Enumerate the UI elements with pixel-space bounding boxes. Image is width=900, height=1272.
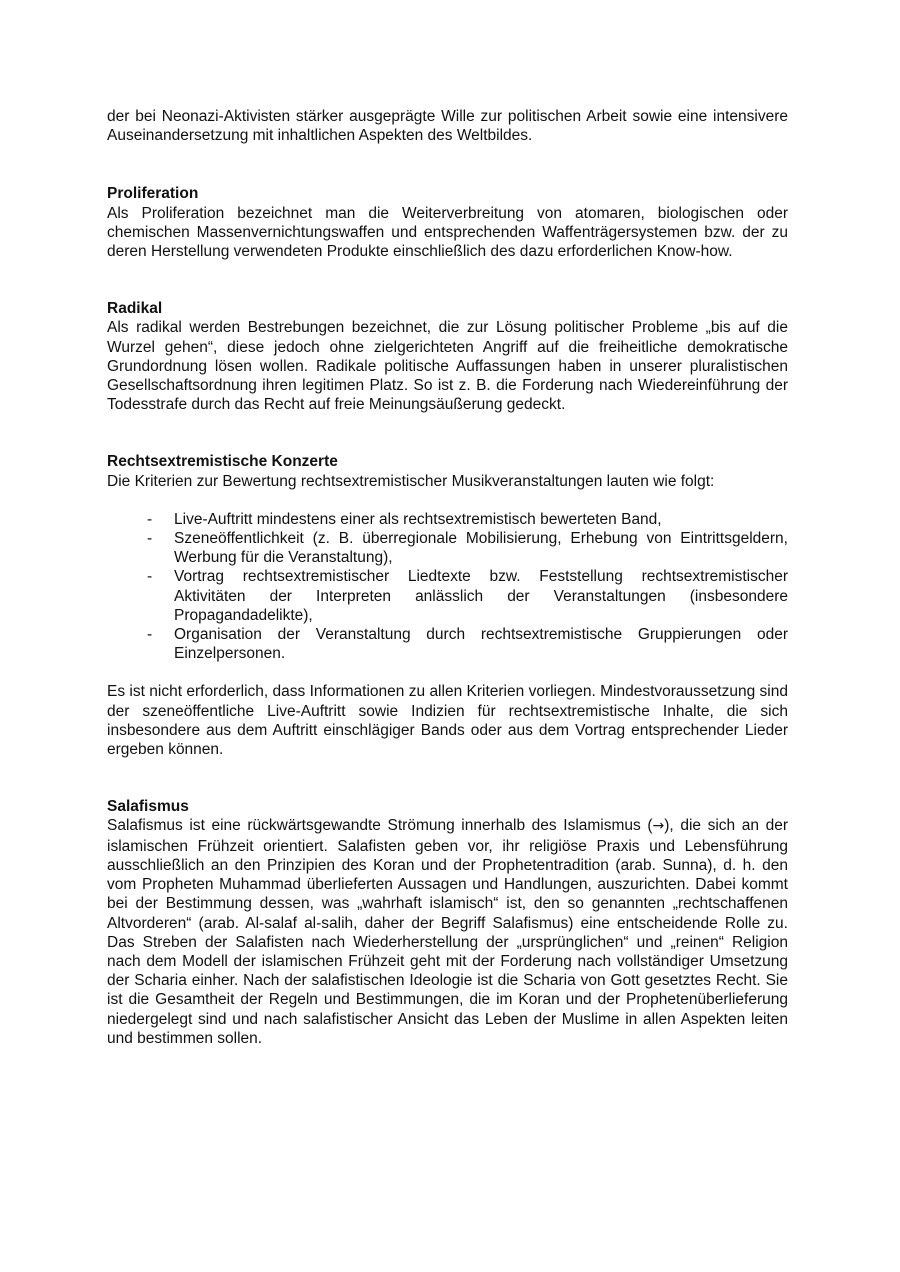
section-body-part: Salafismus ist eine rückwärtsgewandte St…: [107, 817, 653, 834]
section-heading: Salafismus: [107, 797, 788, 816]
list-item-text: Vortrag rechtsextremistischer Liedtexte …: [174, 568, 788, 623]
list-item-text: Live-Auftritt mindestens einer als recht…: [174, 511, 662, 528]
section-body: Die Kriterien zur Bewertung rechtsextrem…: [107, 472, 788, 491]
section-salafismus: Salafismus Salafismus ist eine rückwärts…: [107, 797, 788, 1048]
cross-reference-arrow-icon: →: [653, 818, 665, 834]
list-bullet: -: [147, 510, 152, 529]
section-rechtsextremistische-konzerte: Rechtsextremistische Konzerte Die Kriter…: [107, 452, 788, 759]
criteria-list: - Live-Auftritt mindestens einer als rec…: [107, 510, 788, 664]
section-heading: Rechtsextremistische Konzerte: [107, 452, 788, 471]
section-heading: Radikal: [107, 299, 788, 318]
intro-paragraph: der bei Neonazi-Aktivisten stärker ausge…: [107, 107, 788, 145]
document-page: der bei Neonazi-Aktivisten stärker ausge…: [107, 107, 788, 1048]
list-bullet: -: [147, 567, 152, 586]
section-body: Salafismus ist eine rückwärtsgewandte St…: [107, 816, 788, 1047]
list-bullet: -: [147, 529, 152, 548]
list-item-text: Szeneöffentlichkeit (z. B. überregionale…: [174, 530, 788, 566]
list-item: - Vortrag rechtsextremistischer Liedtext…: [107, 567, 788, 625]
section-heading: Proliferation: [107, 184, 788, 203]
section-body-part: ), die sich an der islamischen Frühzeit …: [107, 817, 788, 1046]
section-radikal: Radikal Als radikal werden Bestrebungen …: [107, 299, 788, 414]
section-body: Als radikal werden Bestrebungen bezeichn…: [107, 318, 788, 414]
list-item: - Organisation der Veranstaltung durch r…: [107, 625, 788, 663]
section-body: Als Proliferation bezeichnet man die Wei…: [107, 204, 788, 262]
list-bullet: -: [147, 625, 152, 644]
section-closing-paragraph: Es ist nicht erforderlich, dass Informat…: [107, 682, 788, 759]
section-proliferation: Proliferation Als Proliferation bezeichn…: [107, 184, 788, 261]
intro-section: der bei Neonazi-Aktivisten stärker ausge…: [107, 107, 788, 145]
list-item: - Live-Auftritt mindestens einer als rec…: [107, 510, 788, 529]
list-item: - Szeneöffentlichkeit (z. B. überregiona…: [107, 529, 788, 567]
list-item-text: Organisation der Veranstaltung durch rec…: [174, 626, 788, 662]
